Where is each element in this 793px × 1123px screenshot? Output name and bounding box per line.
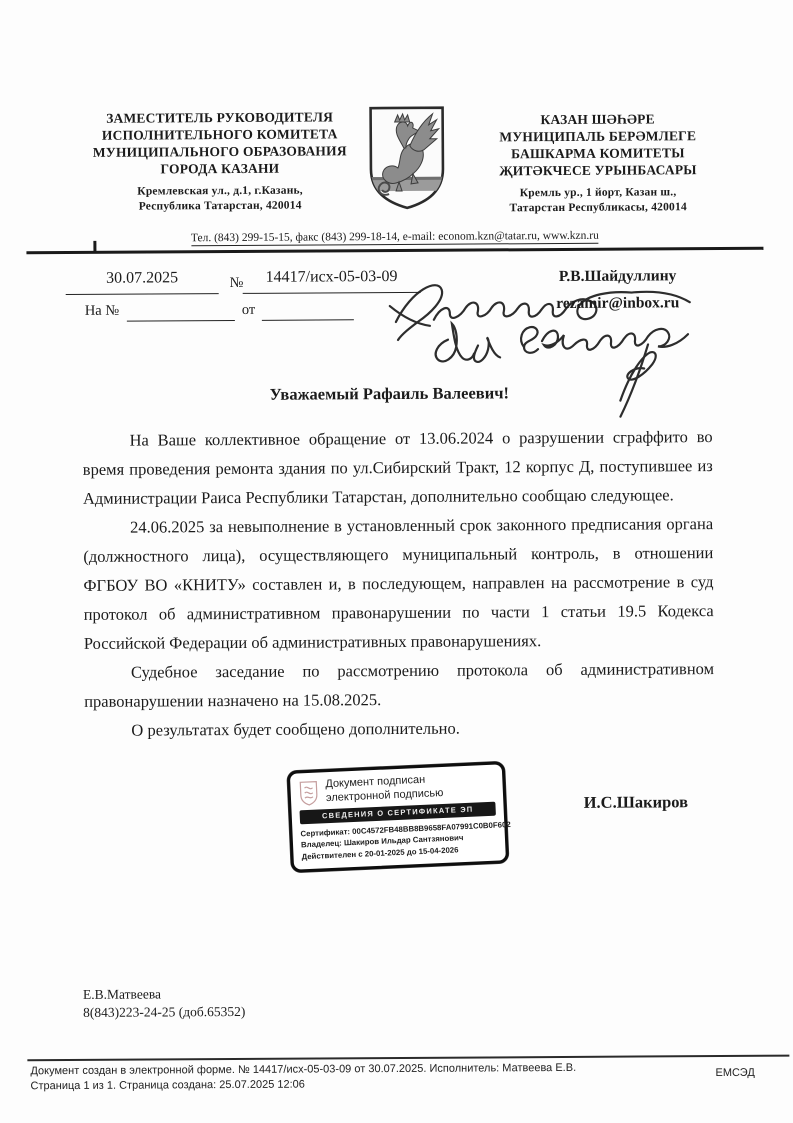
letterhead-tatar: КАЗАН ШӘҺӘРЕ МУНИЦИПАЛЬ БЕРӘМЛЕГЕ БАШКАР…	[453, 110, 744, 216]
address-line: Татарстан Республикасы, 420014	[453, 199, 743, 215]
org-name-line: МУНИЦИПАЛЬ БЕРӘМЛЕГЕ	[453, 127, 743, 146]
org-name-line: БАШКАРМА КОМИТЕТЫ	[453, 144, 743, 163]
letterhead-contacts: Тел. (843) 299-15-15, факс (843) 299-18-…	[58, 229, 731, 245]
certificate-details: Сертификат: 00C4572FB48BB8B9658FA07991C0…	[300, 819, 497, 862]
paragraph: На Ваше коллективное обращение от 13.06.…	[83, 422, 714, 513]
scanned-letter-page: ЗАМЕСТИТЕЛЬ РУКОВОДИТЕЛЯ ИСПОЛНИТЕЛЬНОГО…	[0, 0, 793, 1123]
footer-system-label: ЕМСЭД	[715, 1066, 754, 1081]
footer-line: Страница 1 из 1. Страница создана: 25.07…	[30, 1075, 650, 1093]
number-sign: №	[230, 275, 244, 292]
org-address: Кремлевская ул., д.1, г.Казань, Республи…	[80, 183, 360, 214]
org-name-line: ЗАМЕСТИТЕЛЬ РУКОВОДИТЕЛЯ	[80, 108, 360, 127]
greeting-line: Уважаемый Рафаиль Валеевич!	[179, 383, 599, 406]
footer-meta: Документ создан в электронной форме. № 1…	[30, 1060, 650, 1093]
org-address: Кремль ур., 1 йорт, Казан ш., Татарстан …	[453, 185, 743, 216]
paragraph: 24.06.2025 за невыполнение в установленн…	[83, 509, 714, 658]
kazan-zilant-coat-of-arms-icon	[366, 105, 449, 213]
divider-tick	[93, 241, 96, 252]
contact-line: Тел. (843) 299-15-15, факс (843) 299-18-…	[191, 230, 599, 246]
org-name-line: ҖИТӘКЧЕСЕ УРЫНБАСАРЫ	[453, 161, 743, 180]
org-name-line: КАЗАН ШӘҺӘРЕ	[453, 110, 743, 129]
reply-number-blank	[127, 301, 235, 322]
executor-name: Е.В.Матвеева	[83, 985, 245, 1004]
letterhead-russian: ЗАМЕСТИТЕЛЬ РУКОВОДИТЕЛЯ ИСПОЛНИТЕЛЬНОГО…	[80, 108, 361, 214]
stamp-title: Документ подписан электронной подписью	[325, 773, 444, 805]
executor-phone: 8(843)223-24-25 (доб.65352)	[83, 1003, 245, 1022]
address-line: Республика Татарстан, 420014	[80, 198, 360, 214]
letterhead-divider	[26, 247, 763, 255]
outgoing-number: 14417/исх-05-03-09	[266, 268, 398, 286]
reply-to-label: На №	[85, 303, 119, 320]
footer-divider	[27, 1055, 789, 1061]
paragraph: Судебное заседание по рассмотрению прото…	[84, 654, 714, 716]
reply-date-label: от	[242, 302, 256, 319]
certificate-emblem-icon	[298, 779, 319, 806]
reply-date-blank	[262, 300, 354, 321]
executor-block: Е.В.Матвеева 8(843)223-24-25 (доб.65352)	[83, 985, 245, 1022]
org-name-line: МУНИЦИПАЛЬНОГО ОБРАЗОВАНИЯ	[80, 142, 360, 161]
signer-name: И.С.Шакиров	[550, 792, 722, 813]
org-name-line: ГОРОДА КАЗАНИ	[80, 159, 360, 178]
letter-body: На Ваше коллективное обращение от 13.06.…	[83, 422, 715, 745]
outgoing-date: 30.07.2025	[106, 269, 178, 286]
org-name-line: ИСПОЛНИТЕЛЬНОГО КОМИТЕТА	[80, 125, 360, 144]
paragraph: О результатах будет сообщено дополнитель…	[84, 712, 714, 745]
digital-signature-stamp: Документ подписан электронной подписью С…	[287, 761, 509, 873]
outgoing-date-field: 30.07.2025	[66, 269, 219, 295]
